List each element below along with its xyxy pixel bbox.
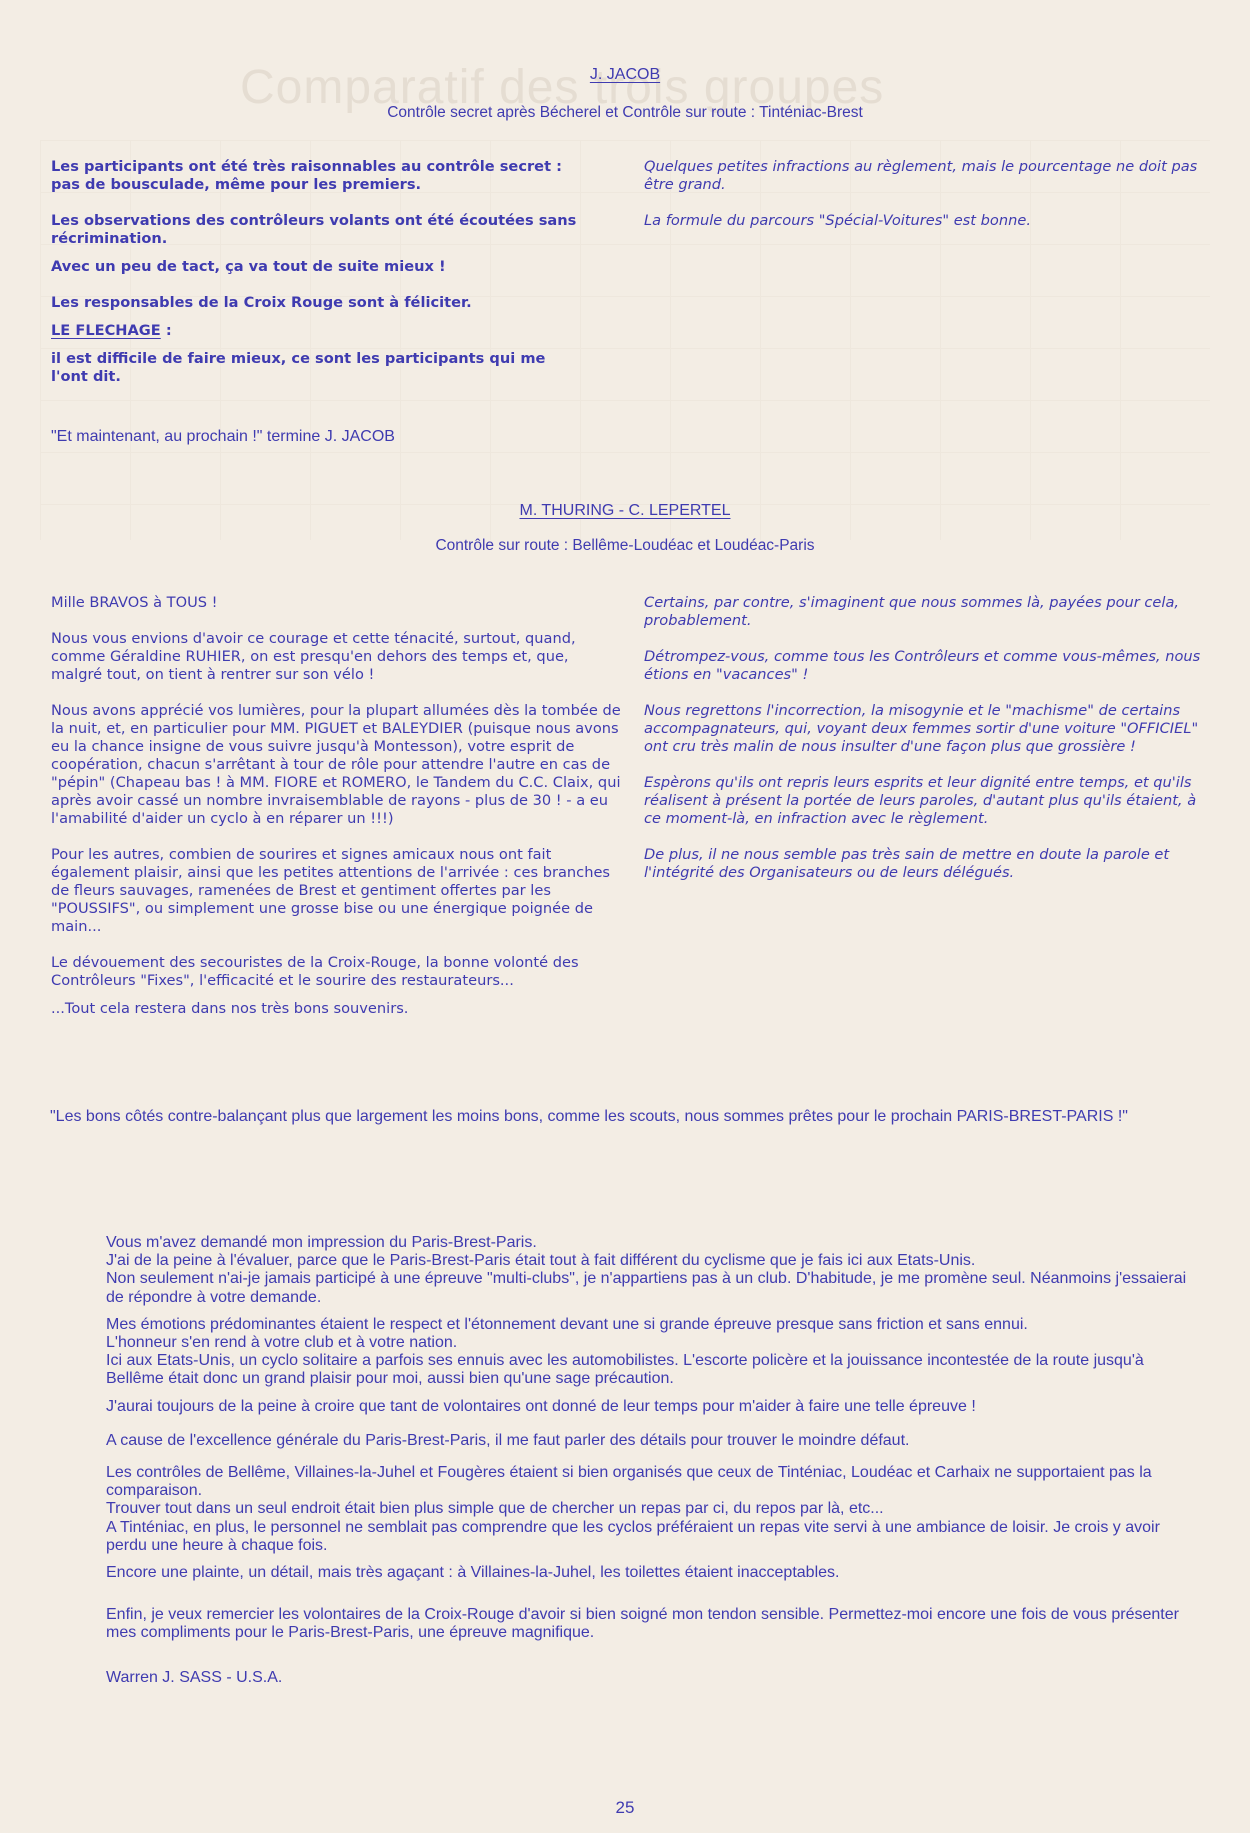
paragraph: L'honneur s'en rend à votre club et à vo… [106, 1334, 1196, 1352]
section2-author: M. THURING - C. LEPERTEL [0, 502, 1250, 520]
section2-right-column: Certains, par contre, s'imaginent que no… [644, 594, 1209, 900]
section1-closing: "Et maintenant, au prochain !" termine J… [51, 428, 395, 446]
signature: Warren J. SASS - U.S.A. [106, 1669, 1196, 1687]
paragraph: Le dévouement des secouristes de la Croi… [51, 954, 621, 990]
page-number: 25 [0, 1798, 1250, 1818]
paragraph: Certains, par contre, s'imaginent que no… [644, 594, 1209, 630]
paragraph: Les responsables de la Croix Rouge sont … [51, 294, 591, 312]
paragraph: Enfin, je veux remercier les volontaires… [106, 1606, 1196, 1642]
paragraph: ...Tout cela restera dans nos très bons … [51, 1000, 621, 1018]
section2-subtitle: Contrôle sur route : Bellême-Loudéac et … [0, 537, 1250, 555]
paragraph: Avec un peu de tact, ça va tout de suite… [51, 258, 591, 276]
paragraph: Nous regrettons l'incorrection, la misog… [644, 702, 1209, 756]
letter-body: Vous m'avez demandé mon impression du Pa… [106, 1234, 1196, 1696]
section1-subtitle: Contrôle secret après Bécherel et Contrô… [0, 104, 1250, 122]
section2-quote: "Les bons côtés contre-balançant plus qu… [50, 1108, 1210, 1126]
section1-left-column: Les participants ont été très raisonnabl… [51, 158, 591, 414]
paragraph: La formule du parcours "Spécial-Voitures… [644, 212, 1204, 230]
paragraph: Pour les autres, combien de sourires et … [51, 846, 621, 936]
paragraph: Les contrôles de Bellême, Villaines-la-J… [106, 1464, 1196, 1500]
paragraph: J'aurai toujours de la peine à croire qu… [106, 1398, 1196, 1416]
paragraph: J'ai de la peine à l'évaluer, parce que … [106, 1252, 1196, 1270]
paragraph: Non seulement n'ai-je jamais participé à… [106, 1270, 1196, 1306]
paragraph: Détrompez-vous, comme tous les Contrôleu… [644, 648, 1209, 684]
paragraph: De plus, il ne nous semble pas très sain… [644, 846, 1209, 882]
paragraph: Encore une plainte, un détail, mais très… [106, 1564, 1196, 1582]
paragraph: A Tinténiac, en plus, le personnel ne se… [106, 1519, 1196, 1555]
section1-right-column: Quelques petites infractions au règlemen… [644, 158, 1204, 248]
paragraph: Trouver tout dans un seul endroit était … [106, 1500, 1196, 1518]
paragraph: Quelques petites infractions au règlemen… [644, 158, 1204, 194]
paragraph: Les observations des contrôleurs volants… [51, 212, 591, 248]
paragraph: Les participants ont été très raisonnabl… [51, 158, 591, 194]
paragraph: Mes émotions prédominantes étaient le re… [106, 1316, 1196, 1334]
paragraph: Nous vous envions d'avoir ce courage et … [51, 630, 621, 684]
paragraph: il est difficile de faire mieux, ce sont… [51, 350, 571, 386]
paragraph: Espèrons qu'ils ont repris leurs esprits… [644, 774, 1209, 828]
paragraph: A cause de l'excellence générale du Pari… [106, 1432, 1196, 1450]
paragraph: Mille BRAVOS à TOUS ! [51, 594, 621, 612]
fleche-heading: LE FLECHAGE : [51, 322, 591, 340]
paragraph: Ici aux Etats-Unis, un cyclo solitaire a… [106, 1352, 1196, 1388]
section2-left-column: Mille BRAVOS à TOUS ! Nous vous envions … [51, 594, 621, 1036]
paragraph: Vous m'avez demandé mon impression du Pa… [106, 1234, 1196, 1252]
section1-author: J. JACOB [0, 66, 1250, 84]
paragraph: Nous avons apprécié vos lumières, pour l… [51, 702, 621, 828]
